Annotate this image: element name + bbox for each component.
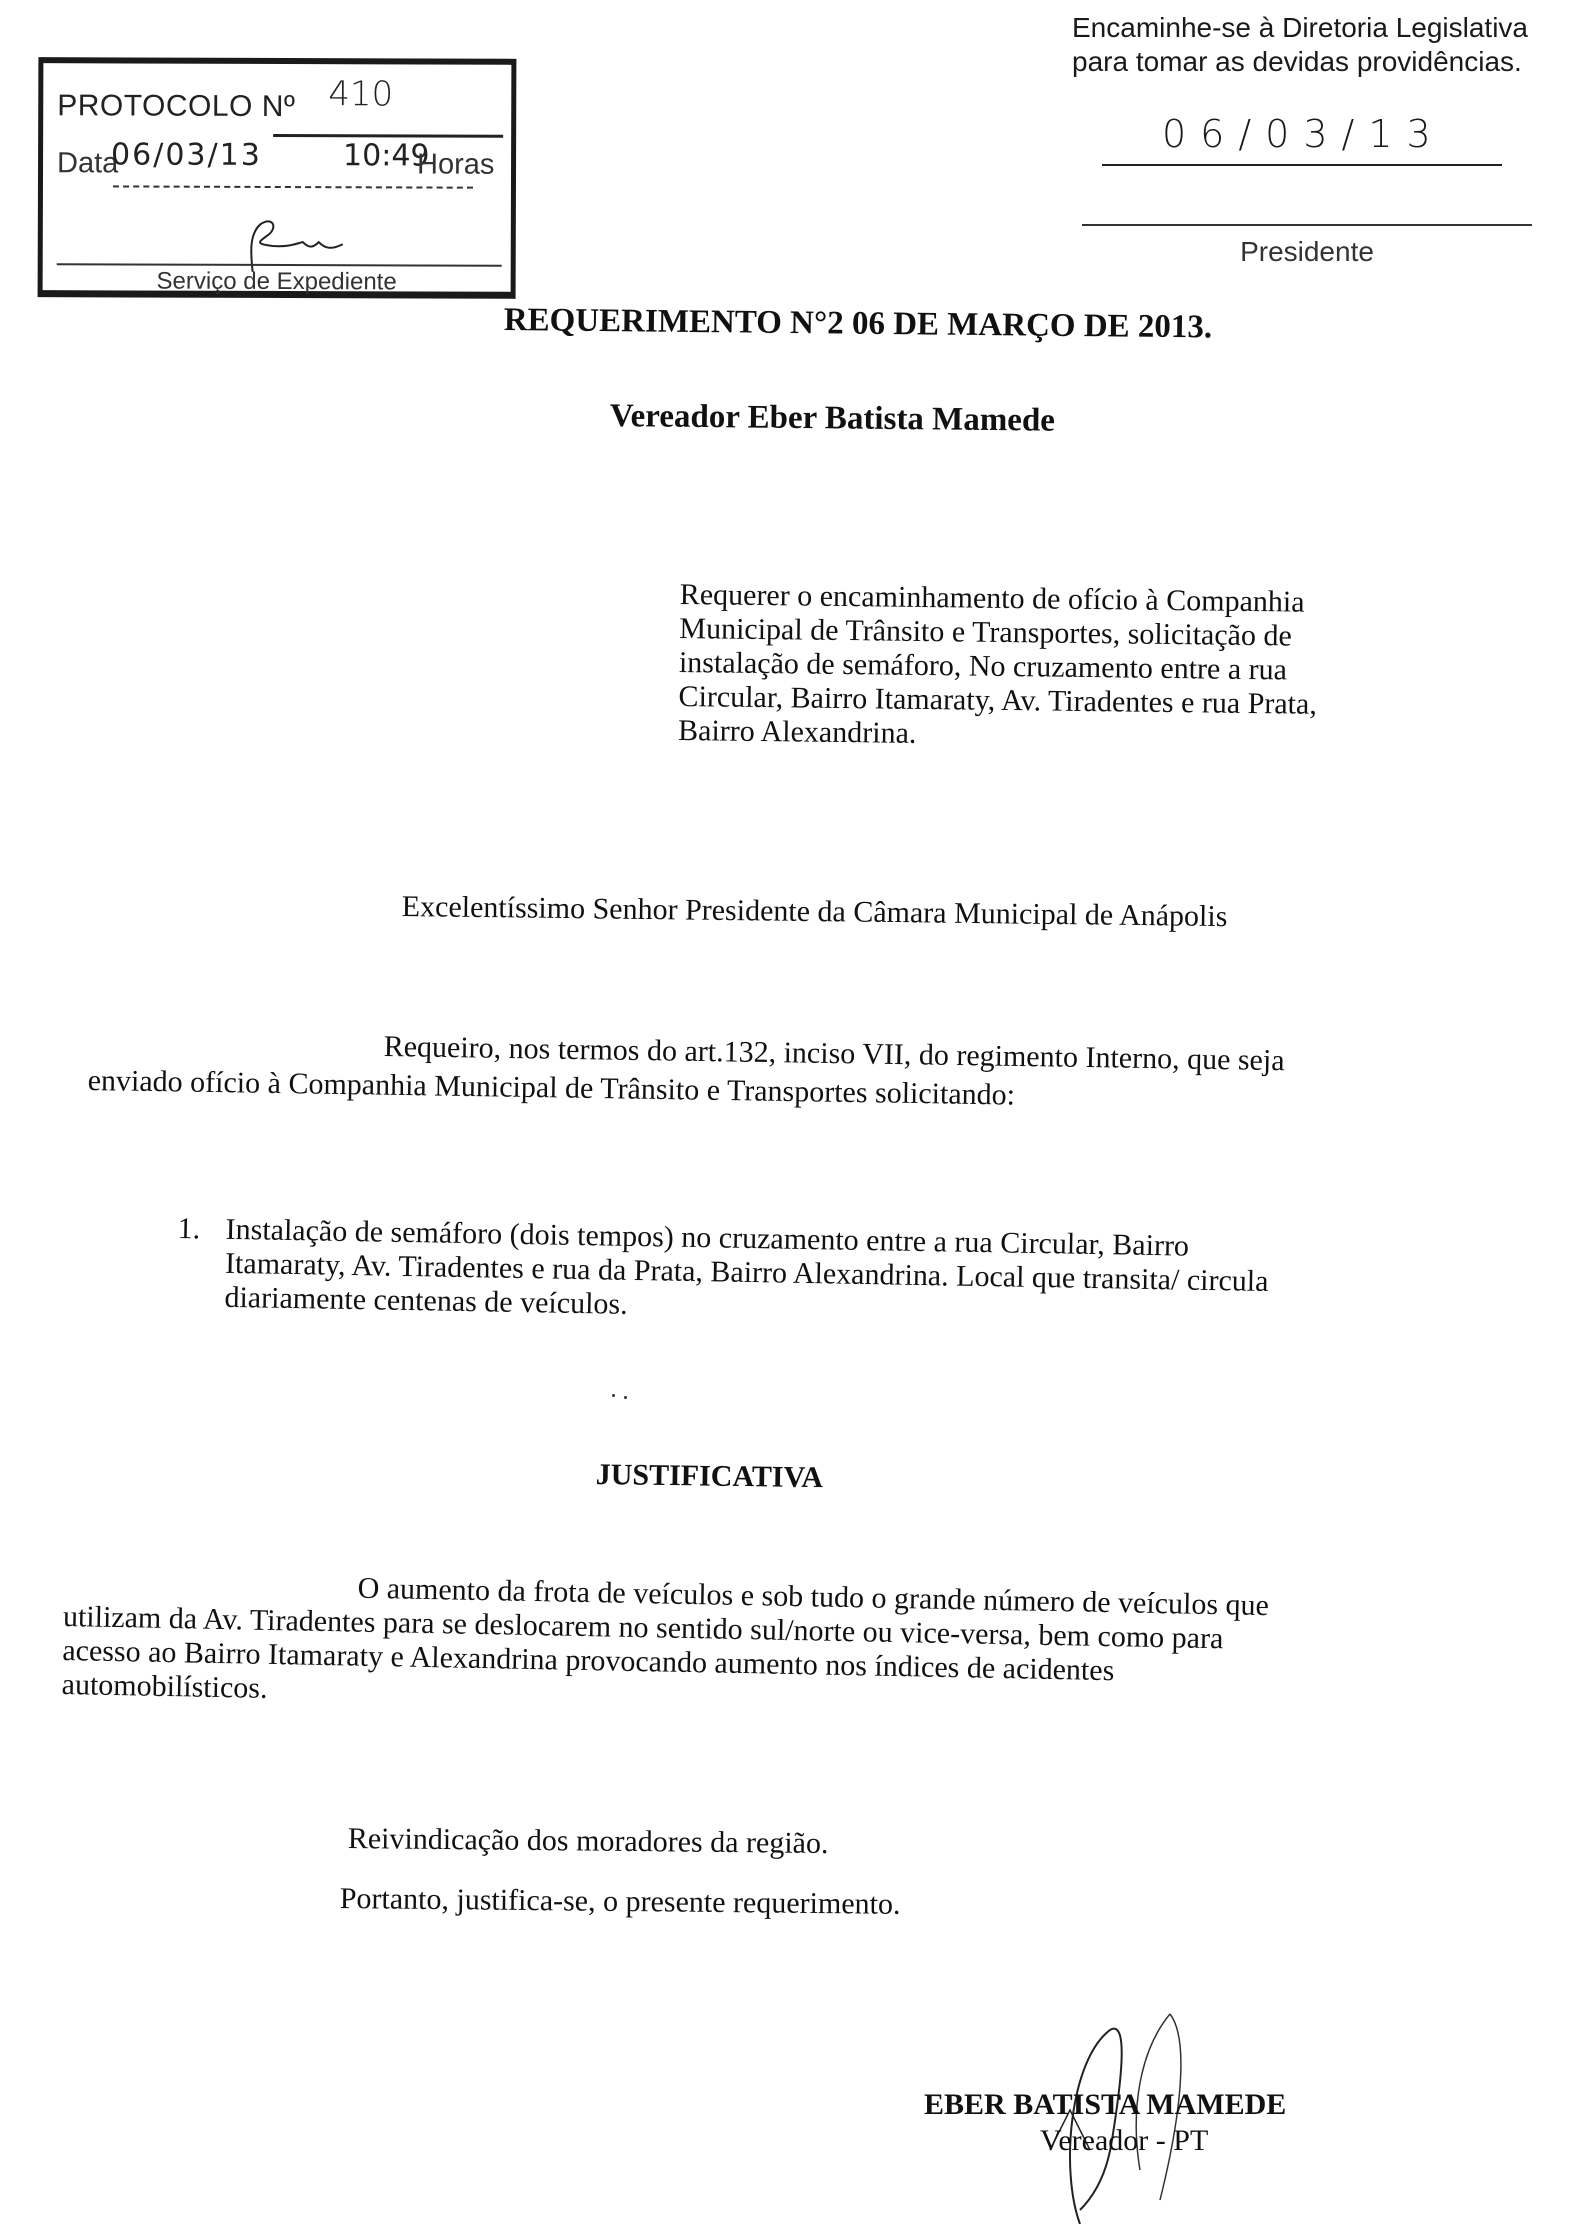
justification-text: O aumento da frota de veículos e sob tud… <box>61 1566 1269 1725</box>
signer-role: Vereador - PT <box>1040 2124 1208 2158</box>
scan-speck <box>624 1396 627 1399</box>
dispatch-line-1: Encaminhe-se à Diretoria Legislativa <box>1072 12 1582 44</box>
protocol-underline <box>273 134 503 138</box>
date-underline <box>113 185 473 188</box>
document-author: Vereador Eber Batista Mamede <box>610 398 1056 440</box>
dispatch-date: 06/03/13 <box>1162 112 1445 156</box>
dispatch-date-underline <box>1102 164 1502 166</box>
date-value: 06/03/13 <box>111 137 262 173</box>
protocol-number: 410 <box>328 74 393 114</box>
scan-speck <box>612 1394 615 1397</box>
hours-label: Horas <box>417 148 494 181</box>
signer-name: EBER BATISTA MAMEDE <box>924 2088 1286 2122</box>
justification-heading: JUSTIFICATIVA <box>596 1458 824 1495</box>
document-title: REQUERIMENTO N°2 06 DE MARÇO DE 2013. <box>504 302 1213 346</box>
protocol-stamp: PROTOCOLO Nº 410 Data 06/03/13 10:49 Hor… <box>38 57 517 299</box>
ementa: Requerer o encaminhamento de ofício à Co… <box>678 578 1420 757</box>
item-text: Instalação de semáforo (dois tempos) no … <box>224 1213 1426 1336</box>
dispatch-note: Encaminhe-se à Diretoria Legislativa par… <box>1072 12 1582 78</box>
president-label: Presidente <box>1072 236 1542 268</box>
dispatch-line-2: para tomar as devidas providências. <box>1072 46 1582 78</box>
residents-claim: Reivindicação dos moradores da região. <box>348 1822 829 1861</box>
closing-statement: Portanto, justifica-se, o presente reque… <box>340 1882 901 1922</box>
item-number: 1. <box>177 1212 200 1246</box>
date-label: Data <box>57 147 118 180</box>
president-signature-line <box>1082 224 1532 226</box>
salutation: Excelentíssimo Senhor Presidente da Câma… <box>402 890 1228 934</box>
stamp-footer: Serviço de Expediente <box>43 267 511 297</box>
protocol-label: PROTOCOLO Nº <box>57 89 295 124</box>
